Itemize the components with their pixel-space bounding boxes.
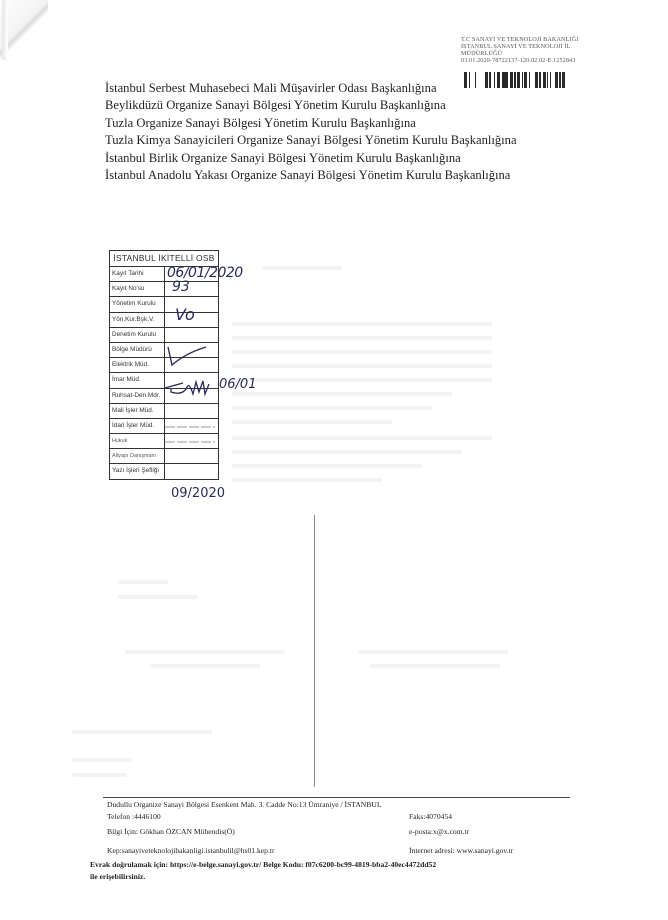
registration-row-label: Hukuk: [110, 434, 165, 448]
fold-line: [314, 515, 315, 787]
stamp-line: MÜDÜRLÜĞÜ: [461, 50, 601, 57]
registration-row: Yön.Kur.Bşk.V.: [110, 313, 218, 328]
recipient: Tuzla Organize Sanayi Bölgesi Yönetim Ku…: [105, 115, 517, 132]
footer-email: e-posta:x@x.com.tr: [409, 827, 469, 836]
registration-row: Mali İşler Müd.: [110, 404, 218, 419]
registration-row-label: Yazı İşleri Şefliği: [110, 464, 165, 478]
registration-row-label: Elektrik Müd.: [110, 358, 165, 372]
footer-fax: Faks:4070454: [409, 812, 452, 821]
footer-info-contact: Bilgi İçin: Gökhan ÖZCAN Mühendis(Ö): [107, 827, 235, 836]
registration-row-label: İdari İşler Müd.: [110, 419, 165, 433]
stamp-line: İSTANBUL SANAYİ VE TEKNOLOJİ İL: [461, 43, 601, 50]
registration-row-label: Kayıt Tarihi: [110, 267, 165, 281]
check-mark: [166, 343, 210, 369]
ministry-stamp: T.C SANAYİ VE TEKNOLOJİ BAKANLIĞI İSTANB…: [461, 36, 601, 64]
recipient: İstanbul Serbest Muhasebeci Mali Müşavir…: [105, 80, 517, 97]
registration-row: Altyapı Danışmanı: [110, 449, 218, 464]
registration-row-label: Yön.Kur.Bşk.V.: [110, 313, 165, 327]
recipient: Beylikdüzü Organize Sanayi Bölgesi Yönet…: [105, 97, 517, 114]
registration-row: Yönetim Kurulu: [110, 297, 218, 312]
registration-row-label: Altyapı Danışmanı: [110, 449, 165, 463]
recipient-list: İstanbul Serbest Muhasebeci Mali Müşavir…: [105, 80, 517, 184]
registration-row: Yazı İşleri Şefliği: [110, 464, 218, 479]
footer-phone: Telefon :4446100: [107, 812, 161, 821]
page-edge: [2, 0, 8, 60]
footer-kep: Kep:sanayiveteknolojibakanligi.istanbuli…: [107, 846, 275, 855]
recipient: Tuzla Kimya Sanayicileri Organize Sanayi…: [105, 132, 517, 149]
registration-row-label: Kayıt No'su: [110, 282, 165, 296]
registration-row-value: [165, 404, 218, 418]
registration-row-label: İmar Müd.: [110, 373, 165, 387]
handwritten-side-date: 06/01: [219, 377, 256, 392]
registration-row: Denetim Kurulu: [110, 328, 218, 343]
signature: [163, 378, 219, 398]
registration-row-label: Denetim Kurulu: [110, 328, 165, 342]
footer-website[interactable]: İnternet adresi: www.sanayi.gov.tr: [409, 846, 513, 855]
footer-verify: Evrak doğrulamak için: https://e-belge.s…: [90, 860, 436, 869]
handwritten-number: 93: [172, 279, 190, 295]
handwritten-note: 09/2020: [171, 486, 225, 501]
registration-row-value: [165, 464, 218, 478]
registration-row-value: [165, 328, 218, 342]
registration-row-label: Bölge Müdürü: [110, 343, 165, 357]
registration-row-value: [165, 449, 218, 463]
registration-row-label: Yönetim Kurulu: [110, 297, 165, 311]
registration-row-label: Mali İşler Müd.: [110, 404, 165, 418]
footer-divider: [103, 797, 570, 798]
registration-row: Kayıt No'su: [110, 282, 218, 297]
registration-row-label: Ruhsat-Den.Mdr.: [110, 389, 165, 403]
dash-marks: [160, 425, 220, 445]
handwritten-initials: Vo: [175, 305, 195, 324]
footer-verify-end: ile erişebilirsiniz.: [90, 872, 145, 881]
recipient: İstanbul Birlik Organize Sanayi Bölgesi …: [105, 150, 517, 167]
stamp-document-number: 03.01.2020-78722137-120.02.02-E.1252843: [461, 57, 601, 64]
footer-address: Dudullu Organize Sanayi Bölgesi Esenkent…: [107, 800, 381, 809]
stamp-line: T.C SANAYİ VE TEKNOLOJİ BAKANLIĞI: [461, 36, 601, 43]
recipient: İstanbul Anadolu Yakası Organize Sanayi …: [105, 167, 517, 184]
